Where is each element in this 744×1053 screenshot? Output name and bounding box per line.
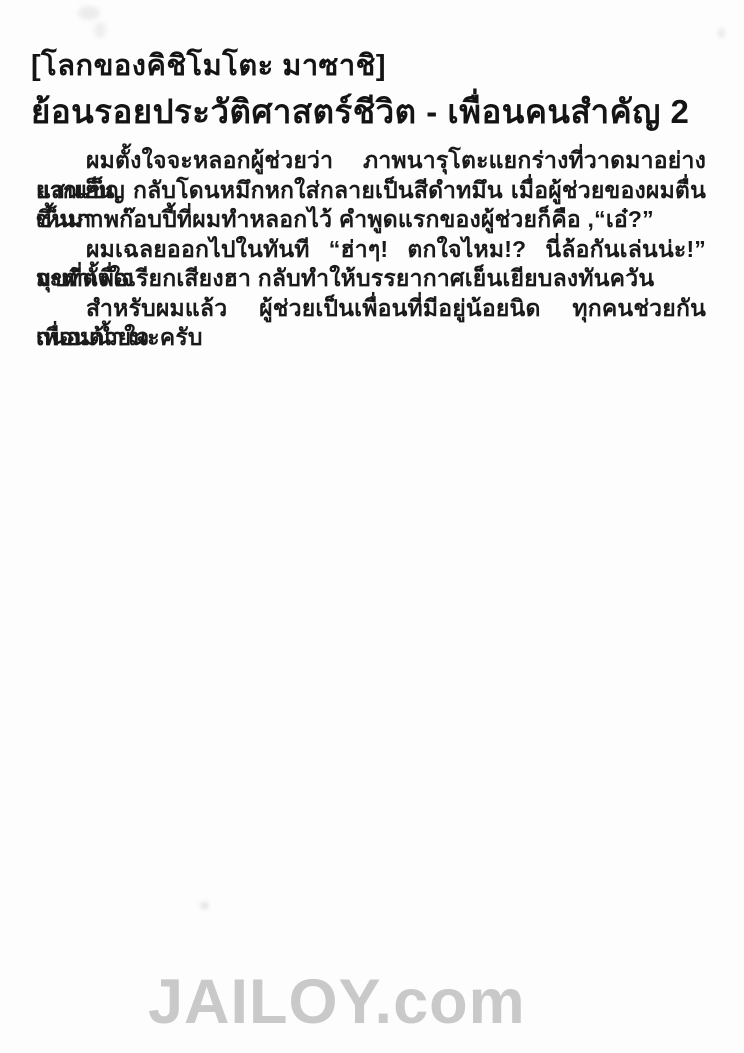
paragraph-1-line-2: แสนเข็ญ กลับโดนหมึกหกใส่กลายเป็นสีดำทมึน… <box>36 176 706 206</box>
paragraph-2-line-1: ผมเฉลยออกไปในทันที “ฮ่าๆ! ตกใจไหม!? นี่ล… <box>36 235 706 265</box>
watermark-text: JAILOY.com <box>148 966 526 1038</box>
body-text: ผมตั้งใจจะหลอกผู้ช่วยว่า ภาพนารุโตะแยกร่… <box>36 146 706 353</box>
paragraph-1-line-3: เห็นภาพก๊อบปี้ที่ผมทำหลอกไว้ คำพูดแรกของ… <box>36 205 706 235</box>
scan-smudge <box>78 6 100 20</box>
paragraph-3-line-2: เพื่อนด้วยนะครับ <box>36 323 706 353</box>
page-title-line-2: ย้อนรอยประวัติศาสตร์ชีวิต - เพื่อนคนสำคั… <box>31 88 721 136</box>
paragraph-3-line-1: สำหรับผมแล้ว ผู้ช่วยเป็นเพื่อนที่มีอยู่น… <box>36 294 706 324</box>
scanned-page: [โลกของคิชิโมโตะ มาซาชิ] ย้อนรอยประวัติศ… <box>0 0 744 1053</box>
paragraph-1-line-1: ผมตั้งใจจะหลอกผู้ช่วยว่า ภาพนารุโตะแยกร่… <box>36 146 706 176</box>
scan-smudge <box>718 28 725 38</box>
scan-smudge <box>94 22 106 38</box>
title-block: [โลกของคิชิโมโตะ มาซาชิ] ย้อนรอยประวัติศ… <box>31 44 721 136</box>
scan-smudge <box>200 902 209 909</box>
paragraph-2-line-2: จะทำเพื่อเรียกเสียงฮา กลับทำให้บรรยากาศเ… <box>36 264 706 294</box>
page-title-line-1: [โลกของคิชิโมโตะ มาซาชิ] <box>31 44 721 88</box>
